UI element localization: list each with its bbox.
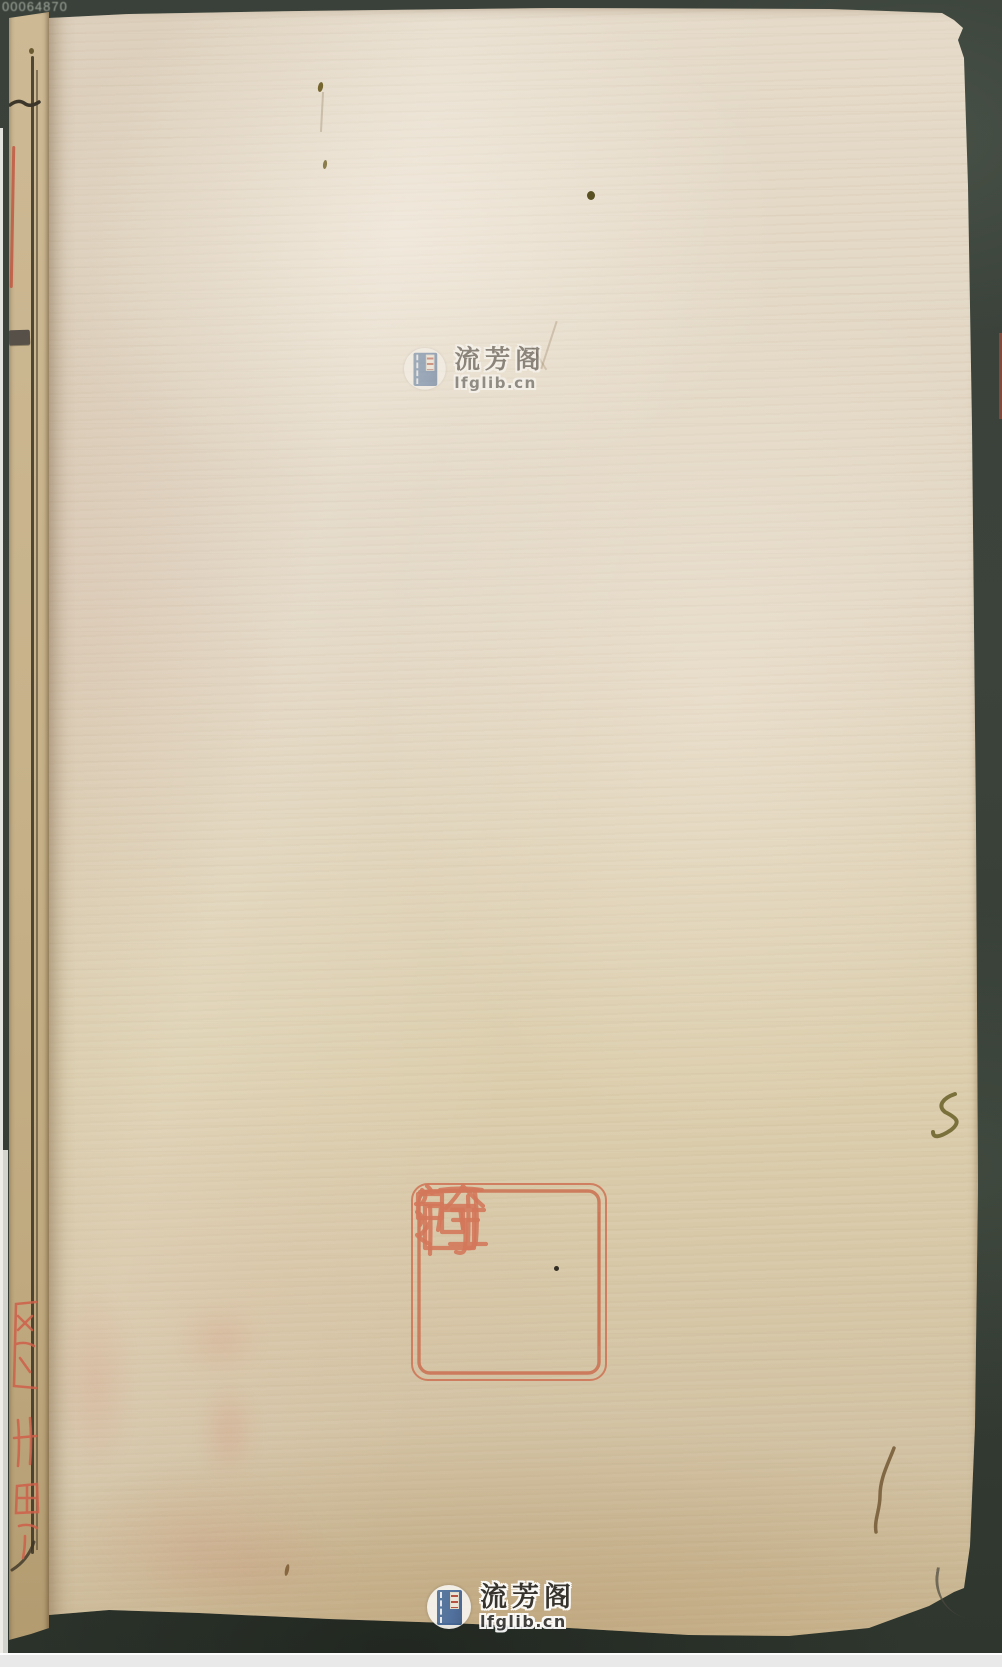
fiber-hair-bottom [866, 1444, 900, 1536]
site-domain-text: lfglib.cn [454, 376, 545, 391]
binding-page-edge [9, 12, 49, 1642]
site-name-text: 流芳阁 [480, 1584, 576, 1611]
book-icon [413, 352, 437, 385]
scan-edge-strip [0, 1150, 8, 1660]
bleed-seal-fragment-1 [10, 1296, 40, 1392]
site-watermark-bottom: 流芳阁 lfglib.cn [427, 1584, 576, 1630]
ink-bleed-through [176, 1302, 266, 1377]
ink-smudge [7, 97, 43, 111]
site-name-text: 流芳阁 [454, 347, 545, 373]
fiber-curl-right [925, 1088, 969, 1150]
site-domain-text: lfglib.cn [480, 1614, 576, 1630]
watermark-circle [427, 1585, 471, 1629]
bleed-seal-fragment-2 [12, 1414, 38, 1472]
page-corner-crease [930, 1567, 978, 1619]
binding-speck [29, 48, 34, 54]
paper-speck [587, 191, 595, 200]
red-margin-line [10, 146, 15, 288]
document-id-label: 00064870 [2, 0, 68, 14]
book-scan-viewport: 流芳阁 lfglib.cn 流芳阁 lfglib.cn 00064870 [0, 0, 1002, 1667]
book-page [49, 6, 978, 1646]
stitch-mark [9, 330, 31, 346]
red-seal [408, 1178, 612, 1386]
ink-bleed-through [52, 1280, 137, 1485]
ink-bleed-through [140, 1525, 370, 1615]
bottom-ui-bar [0, 1653, 1002, 1667]
bleed-seal-fragment-3 [11, 1478, 41, 1562]
site-watermark-middle: 流芳阁 lfglib.cn [404, 347, 546, 391]
watermark-circle [404, 348, 446, 390]
book-icon [437, 1590, 462, 1625]
seal-char-she [408, 1178, 488, 1258]
